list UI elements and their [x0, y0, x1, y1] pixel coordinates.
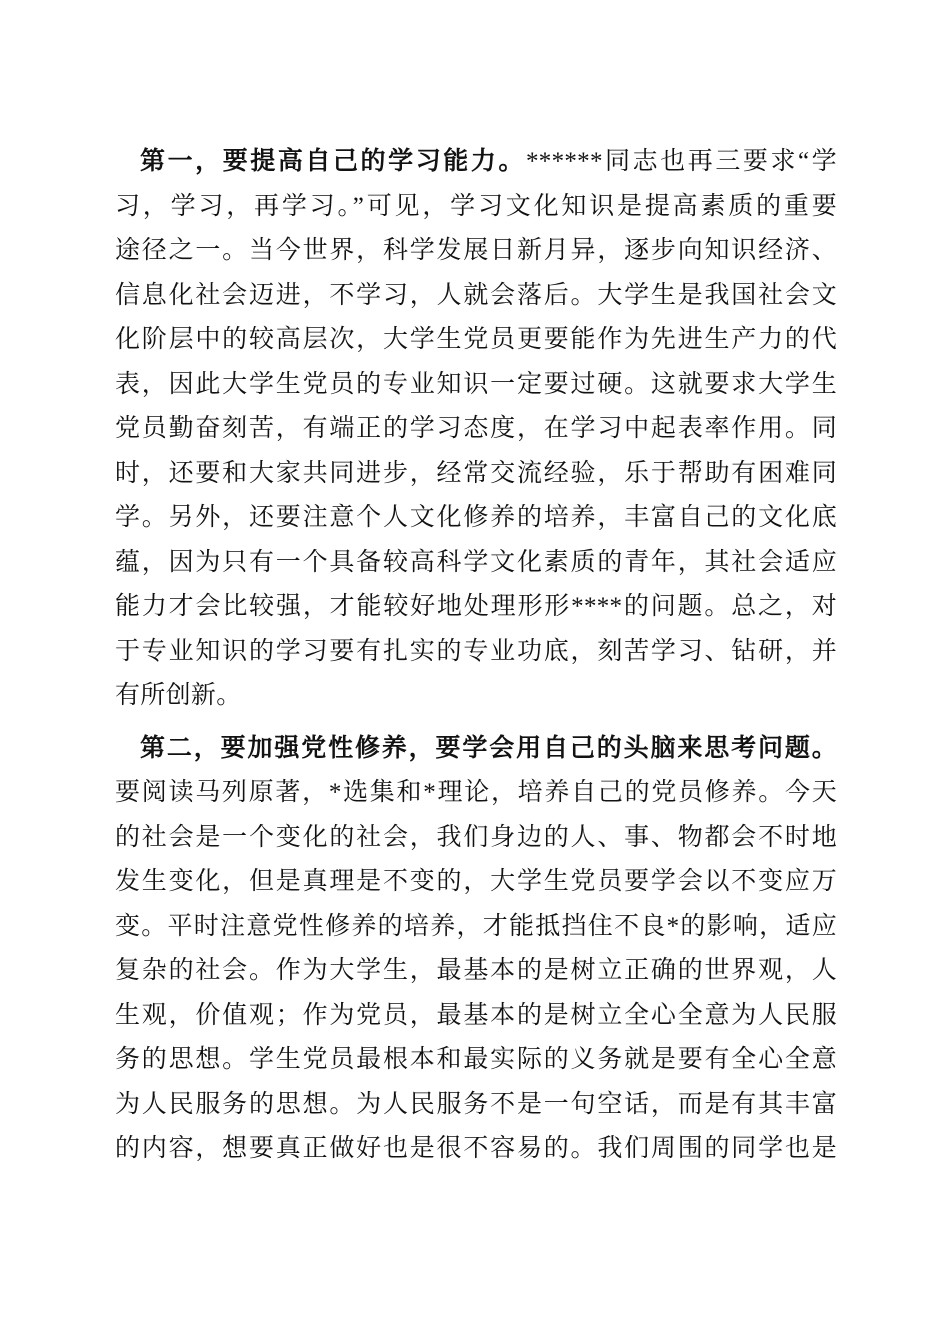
text-line: 的社会是一个变化的社会，我们身边的人、事、物都会不时地 [115, 816, 837, 861]
text-segment: 化阶层中的较高层次，大学生党员更要能作为先进生产力的代 [115, 326, 837, 353]
text-segment: 要阅读马列原著，*选集和*理论，培养自己的党员修养。今天 [115, 779, 837, 806]
text-segment: 表，因此大学生党员的专业知识一定要过硬。这就要求大学生 [115, 371, 837, 398]
text-line: 生观，价值观；作为党员，最基本的是树立全心全意为人民服 [115, 994, 837, 1039]
text-line: 务的思想。学生党员最根本和最实际的义务就是要有全心全意 [115, 1038, 837, 1083]
text-segment: 务的思想。学生党员最根本和最实际的义务就是要有全心全意 [115, 1046, 837, 1073]
text-segment: ******同志也再三要求“学 [526, 148, 837, 175]
text-segment: 的内容，想要真正做好也是很不容易的。我们周围的同学也是 [115, 1135, 837, 1162]
text-line: 信息化社会迈进，不学习，人就会落后。大学生是我国社会文 [115, 274, 837, 319]
text-segment: 生观，价值观；作为党员，最基本的是树立全心全意为人民服 [115, 1002, 837, 1029]
text-line: 蕴，因为只有一个具备较高科学文化素质的青年，其社会适应 [115, 541, 837, 586]
text-line: 发生变化，但是真理是不变的，大学生党员要学会以不变应万 [115, 860, 837, 905]
text-line: 要阅读马列原著，*选集和*理论，培养自己的党员修养。今天 [115, 771, 837, 816]
text-line: 有所创新。 [115, 674, 837, 719]
text-segment: 时，还要和大家共同进步，经常交流经验，乐于帮助有困难同 [115, 460, 837, 487]
text-line: 习，学习，再学习。”可见，学习文化知识是提高素质的重要 [115, 185, 837, 230]
text-segment: 蕴，因为只有一个具备较高科学文化素质的青年，其社会适应 [115, 549, 837, 576]
text-line: 化阶层中的较高层次，大学生党员更要能作为先进生产力的代 [115, 318, 837, 363]
document-body: 第一，要提高自己的学习能力。******同志也再三要求“学习，学习，再学习。”可… [115, 140, 837, 1172]
text-line: 为人民服务的思想。为人民服务不是一句空话，而是有其丰富 [115, 1083, 837, 1128]
text-segment: 的社会是一个变化的社会，我们身边的人、事、物都会不时地 [115, 824, 837, 851]
text-segment: 能力才会比较强，才能较好地处理形形****的问题。总之，对 [115, 593, 837, 620]
text-line: 第二，要加强党性修养，要学会用自己的头脑来思考问题。 [115, 727, 837, 772]
text-segment: 学。另外，还要注意个人文化修养的培养，丰富自己的文化底 [115, 504, 837, 531]
text-segment: 有所创新。 [115, 682, 242, 709]
text-line: 学。另外，还要注意个人文化修养的培养，丰富自己的文化底 [115, 496, 837, 541]
text-line: 表，因此大学生党员的专业知识一定要过硬。这就要求大学生 [115, 363, 837, 408]
text-line: 党员勤奋刻苦，有端正的学习态度，在学习中起表率作用。同 [115, 407, 837, 452]
text-segment: 党员勤奋刻苦，有端正的学习态度，在学习中起表率作用。同 [115, 415, 837, 442]
bold-text-segment: 第一，要提高自己的学习能力。 [140, 148, 526, 175]
text-line: 变。平时注意党性修养的培养，才能抵挡住不良*的影响，适应 [115, 905, 837, 950]
text-line: 途径之一。当今世界，科学发展日新月异，逐步向知识经济、 [115, 229, 837, 274]
text-segment: 为人民服务的思想。为人民服务不是一句空话，而是有其丰富 [115, 1091, 837, 1118]
text-segment: 于专业知识的学习要有扎实的专业功底，刻苦学习、钻研，并 [115, 638, 837, 665]
text-line: 时，还要和大家共同进步，经常交流经验，乐于帮助有困难同 [115, 452, 837, 497]
paragraph-1: 第一，要提高自己的学习能力。******同志也再三要求“学习，学习，再学习。”可… [115, 140, 837, 719]
text-segment: 习，学习，再学习。”可见，学习文化知识是提高素质的重要 [115, 193, 837, 220]
text-line: 复杂的社会。作为大学生，最基本的是树立正确的世界观，人 [115, 949, 837, 994]
text-segment: 发生变化，但是真理是不变的，大学生党员要学会以不变应万 [115, 868, 837, 895]
document-page: 第一，要提高自己的学习能力。******同志也再三要求“学习，学习，再学习。”可… [0, 0, 950, 1344]
text-line: 第一，要提高自己的学习能力。******同志也再三要求“学 [115, 140, 837, 185]
text-line: 的内容，想要真正做好也是很不容易的。我们周围的同学也是 [115, 1127, 837, 1172]
text-segment: 途径之一。当今世界，科学发展日新月异，逐步向知识经济、 [115, 237, 837, 264]
text-segment: 信息化社会迈进，不学习，人就会落后。大学生是我国社会文 [115, 282, 837, 309]
text-line: 能力才会比较强，才能较好地处理形形****的问题。总之，对 [115, 585, 837, 630]
paragraph-2: 第二，要加强党性修养，要学会用自己的头脑来思考问题。要阅读马列原著，*选集和*理… [115, 727, 837, 1172]
text-segment: 变。平时注意党性修养的培养，才能抵挡住不良*的影响，适应 [115, 913, 837, 940]
bold-text-segment: 第二，要加强党性修养，要学会用自己的头脑来思考问题。 [140, 735, 837, 762]
text-segment: 复杂的社会。作为大学生，最基本的是树立正确的世界观，人 [115, 957, 837, 984]
text-line: 于专业知识的学习要有扎实的专业功底，刻苦学习、钻研，并 [115, 630, 837, 675]
